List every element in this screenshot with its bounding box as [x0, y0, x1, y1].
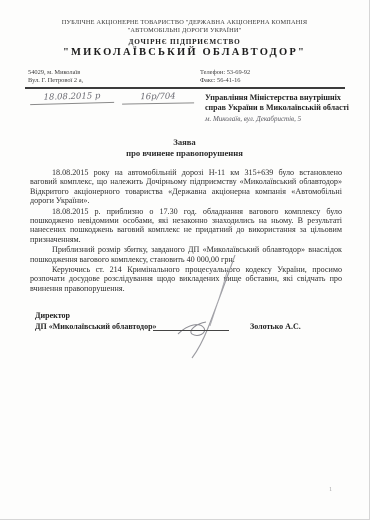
document-body: 18.08.2015 року на автомобільній дорозі … [30, 168, 342, 293]
signer-position-line2: ДП «Миколаївський облавтодор» [35, 322, 157, 331]
signer-position-line1: Директор [35, 311, 70, 320]
signer-name: Золотько А.С. [250, 322, 301, 331]
parent-company-name-line2: "АВТОМОБІЛЬНІ ДОРОГИ УКРАЇНИ" [0, 27, 369, 35]
sender-phone-block: Телефон: 53-69-92 Факс: 56-41-16 [200, 69, 250, 85]
document-title: Заява про вчинене правопорушення [0, 137, 369, 158]
signature-line [153, 330, 229, 331]
addressee-address: м. Миколаїв, вул. Декабристів, 5 [205, 115, 350, 123]
subsidiary-label: ДОЧІРНЄ ПІДПРИЄМСТВО [0, 38, 369, 46]
subsidiary-name: "МИКОЛАЇВСЬКИЙ ОБЛАВТОДОР" [0, 47, 369, 58]
paragraph-damage: 18.08.2015 р. приблизно о 17.30 год. обл… [30, 207, 342, 245]
paragraph-request: Керуючись ст. 214 Кримінального процесуа… [30, 265, 342, 293]
parent-company-name-line1: ПУБЛІЧНЕ АКЦІОНЕРНЕ ТОВАРИСТВО "ДЕРЖАВНА… [0, 19, 369, 27]
paragraph-loss-amount: Приблизний розмір збитку, завданого ДП «… [30, 245, 342, 264]
sender-street: Вул. Г. Петрової 2 а, [28, 77, 83, 85]
sender-phone: Телефон: 53-69-92 [200, 69, 250, 77]
letterhead-divider-rule [25, 87, 345, 89]
paragraph-installation: 18.08.2015 року на автомобільній дорозі … [30, 168, 342, 206]
addressee-name: Управління Міністерства внутрішніх справ… [205, 93, 350, 113]
document-title-line2: про вчинене правопорушення [0, 148, 369, 158]
addressee-block: Управління Міністерства внутрішніх справ… [205, 93, 350, 123]
page-number: 1 [329, 486, 332, 493]
handwritten-ref-number: 16р/704 [122, 91, 194, 104]
sender-postal-code-city: 54029, м. Миколаїв [28, 69, 83, 77]
handwritten-date: 18.08.2015 р [30, 91, 114, 105]
sender-address-block: 54029, м. Миколаїв Вул. Г. Петрової 2 а, [28, 69, 83, 85]
scanned-document-page: ПУБЛІЧНЕ АКЦІОНЕРНЕ ТОВАРИСТВО "ДЕРЖАВНА… [0, 0, 370, 520]
letterhead: ПУБЛІЧНЕ АКЦІОНЕРНЕ ТОВАРИСТВО "ДЕРЖАВНА… [0, 19, 369, 58]
sender-fax: Факс: 56-41-16 [200, 77, 250, 85]
document-title-line1: Заява [0, 137, 369, 147]
